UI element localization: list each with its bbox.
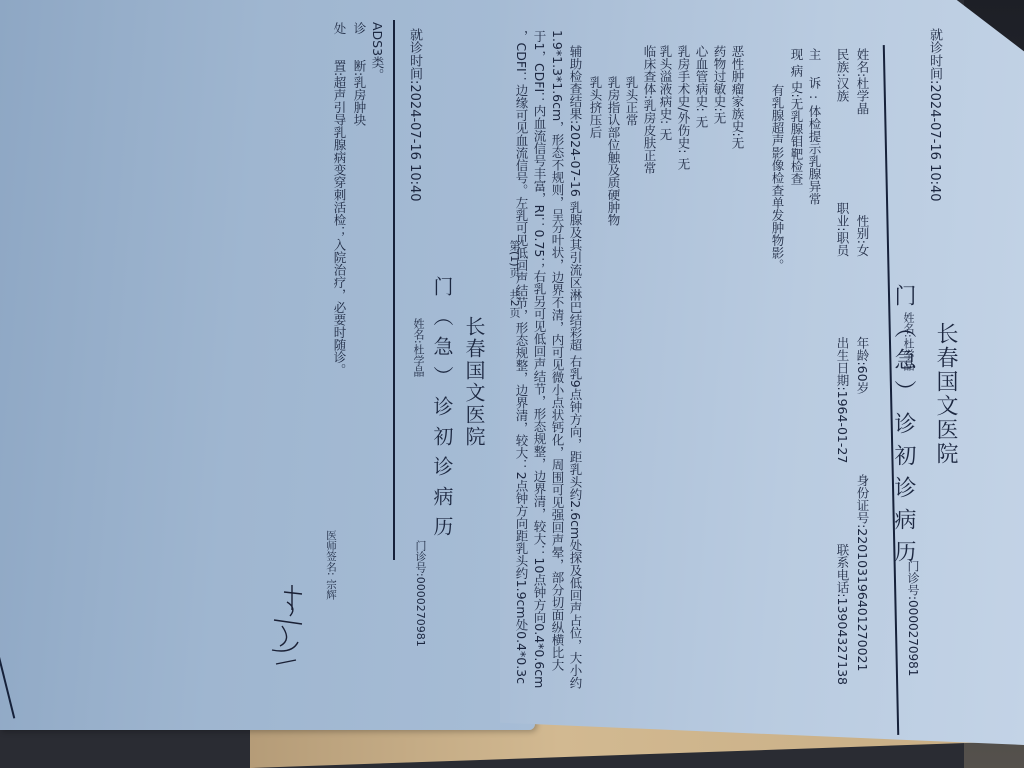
treatment-plan-row: 处 置:超声引导乳腺病变穿刺活检；入院治疗，必要时随诊。 xyxy=(330,22,348,376)
aux-exam-line: ，CDFI：边缘可见血流信号。左乳可见低回声结节，形态规整，边界清，较大：2点钟… xyxy=(512,30,531,684)
patient-occupation: 职业:职员 xyxy=(835,202,850,256)
drug-allergy-history: 药物过敏史:无 xyxy=(710,45,729,124)
physical-exam-item: 乳头挤压后 xyxy=(586,76,605,139)
record-page-1: 长春国文医院 门（急）诊初诊病历 就诊时间:2024-07-16 10:40 姓… xyxy=(500,0,1024,745)
outpatient-number: 门诊号:0000270981 xyxy=(412,540,428,647)
patient-info-row-2: 民族:汉族职业:职员出生日期:1964-01-27联系电话:1390432713… xyxy=(832,48,853,685)
diagnosis-label: 诊 断: xyxy=(352,22,367,76)
cardiovascular-history: 心血管病史: 无 xyxy=(692,45,711,128)
treatment-plan-label: 处 置: xyxy=(332,22,347,76)
hospital-name: 长春国文医院 xyxy=(930,322,961,466)
patient-birth-date: 出生日期:1964-01-27 xyxy=(835,336,850,463)
present-illness-label: 现 病 史: xyxy=(789,48,804,98)
aux-exam-label: 辅助检查结果: xyxy=(568,45,583,124)
record-title: 门（急）诊初诊病历 xyxy=(428,276,457,546)
chief-complaint-row: 主 诉:体检提示乳腺异常 xyxy=(805,48,824,205)
birads-continuation: ADS3类。 xyxy=(368,22,386,81)
visit-time: 就诊时间:2024-07-16 10:40 xyxy=(405,28,424,202)
page-indicator: 第(1)页 共2页 xyxy=(506,240,522,318)
patient-info-row-1: 姓名:杜学晶性别:女年龄:60岁身份证号:220103196401270021 xyxy=(852,48,873,671)
divider-line xyxy=(393,20,395,560)
physical-exam-label: 临床查体: xyxy=(642,45,657,99)
present-illness-value-2: 有乳腺超声影像检查单发肿物影。 xyxy=(768,84,787,272)
patient-id-number: 身份证号:220103196401270021 xyxy=(855,474,870,671)
record-page-2: 长春国文医院 门（急）诊初诊病历 姓名:杜学晶 门诊号:0000270981 就… xyxy=(0,0,535,730)
diagnosis-value: 乳房肿块 xyxy=(352,76,367,126)
physical-exam-item: 乳头正常 xyxy=(622,76,641,126)
chief-complaint-value: 体检提示乳腺异常 xyxy=(807,105,822,205)
patient-age: 年龄:60岁 xyxy=(855,336,870,394)
aux-exam-line: 于1，CDFI：内血流信号丰富，RI：0.75；右乳另可见低回声结节，形态规整，… xyxy=(530,30,549,688)
aux-exam-row: 辅助检查结果:2024-07-16 乳腺及其引流区淋巴结彩超 右乳9点钟方向，距… xyxy=(566,45,585,689)
treatment-plan-value: 超声引导乳腺病变穿刺活检；入院治疗，必要时随诊。 xyxy=(332,76,347,376)
patient-name-header: 姓名:杜学晶 xyxy=(900,312,916,371)
breast-surgery-history: 乳房手术史/外伤史: 无 xyxy=(674,45,693,170)
present-illness-row: 现 病 史:无乳腺钼靶检查 xyxy=(787,48,806,185)
patient-phone: 联系电话:13904327138 xyxy=(835,543,850,685)
outpatient-number: 门诊号:0000270981 xyxy=(905,560,922,676)
physical-exam-row: 临床查体:乳房皮肤正常 xyxy=(640,45,659,174)
patient-gender: 性别:女 xyxy=(855,215,870,257)
patient-ethnicity: 民族:汉族 xyxy=(835,48,850,102)
chief-complaint-label: 主 诉: xyxy=(807,48,822,105)
physical-exam-item: 乳房皮肤正常 xyxy=(642,99,657,174)
aux-exam-line: 2024-07-16 乳腺及其引流区淋巴结彩超 右乳9点钟方向，距乳头约2.6c… xyxy=(568,124,583,689)
physical-exam-item: 乳房指认部位触及质硬肿物 xyxy=(604,76,623,226)
family-tumor-history: 恶性肿瘤家族史:无 xyxy=(728,45,747,149)
handwritten-signature xyxy=(262,580,312,670)
patient-name-header: 姓名:杜学晶 xyxy=(410,318,426,377)
page-edge-line xyxy=(0,611,15,718)
doctor-signature-label: 医师签名: 宗辉 xyxy=(324,530,339,600)
hospital-name: 长春国文医院 xyxy=(460,316,489,448)
diagnosis-row: 诊 断:乳房肿块 xyxy=(350,22,368,126)
visit-time: 就诊时间:2024-07-16 10:40 xyxy=(925,28,944,202)
present-illness-value-1: 无乳腺钼靶检查 xyxy=(789,98,804,186)
aux-exam-line: 1.9*1.3*1.6cm，形态不规则，呈分叶状，边界不清，内可见微小点状钙化，… xyxy=(548,30,567,671)
patient-name: 姓名:杜学晶 xyxy=(855,48,870,115)
